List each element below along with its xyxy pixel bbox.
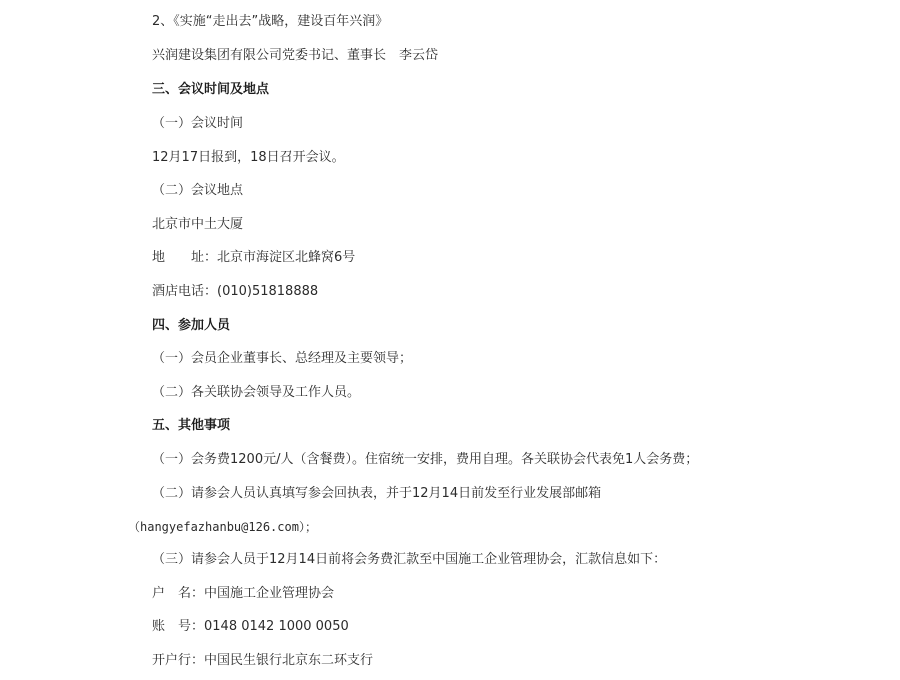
other-item-1-fee: （一）会务费1200元/人（含餐费）。住宿统一安排，费用自理。各关联协会代表免1… <box>152 452 698 468</box>
section-heading-attendees: 四、参加人员 <box>152 318 230 334</box>
attendee-item-1: （一）会员企业董事长、总经理及主要领导； <box>152 351 412 367</box>
account-name-value: 中国施工企业管理协会 <box>204 586 334 601</box>
other-item-2-registration: （二）请参会人员认真填写参会回执表，并于12月14日前发至行业发展部邮箱 <box>152 486 601 502</box>
subheading-meeting-location: （二）会议地点 <box>152 183 243 199</box>
bank-branch: 开户行：中国民生银行北京东二环支行 <box>152 653 373 669</box>
address-label: 地 址： <box>152 250 217 265</box>
account-name: 户 名：中国施工企业管理协会 <box>152 586 334 602</box>
account-name-label: 户 名： <box>152 586 204 601</box>
phone-label: 酒店电话： <box>152 284 217 299</box>
speech-item-2: 2、《实施“走出去”战略，建设百年兴润》 <box>152 14 388 30</box>
venue-name: 北京市中土大厦 <box>152 217 243 233</box>
address-value: 北京市海淀区北蜂窝6号 <box>217 250 355 265</box>
phone-value: (010)51818888 <box>217 284 318 299</box>
subheading-meeting-time: （一）会议时间 <box>152 116 243 132</box>
section-heading-other-matters: 五、其他事项 <box>152 418 230 434</box>
meeting-time-text: 12月17日报到，18日召开会议。 <box>152 150 345 166</box>
bank-branch-label: 开户行： <box>152 653 204 668</box>
bank-branch-value: 中国民生银行北京东二环支行 <box>204 653 373 668</box>
speaker-title: 兴润建设集团有限公司党委书记、董事长 李云岱 <box>152 48 438 64</box>
document-page: 2、《实施“走出去”战略，建设百年兴润》 兴润建设集团有限公司党委书记、董事长 … <box>0 0 900 680</box>
registration-email: （hangyefazhanbu@126.com）； <box>128 519 317 535</box>
account-number-value: 0148 0142 1000 0050 <box>204 619 349 634</box>
account-number-label: 账 号： <box>152 619 204 634</box>
attendee-item-2: （二）各关联协会领导及工作人员。 <box>152 385 360 401</box>
section-heading-time-location: 三、会议时间及地点 <box>152 82 269 98</box>
hotel-phone: 酒店电话：(010)51818888 <box>152 284 318 300</box>
account-number: 账 号：0148 0142 1000 0050 <box>152 619 349 635</box>
venue-address: 地 址：北京市海淀区北蜂窝6号 <box>152 250 355 266</box>
other-item-3-payment: （三）请参会人员于12月14日前将会务费汇款至中国施工企业管理协会，汇款信息如下… <box>152 552 666 568</box>
